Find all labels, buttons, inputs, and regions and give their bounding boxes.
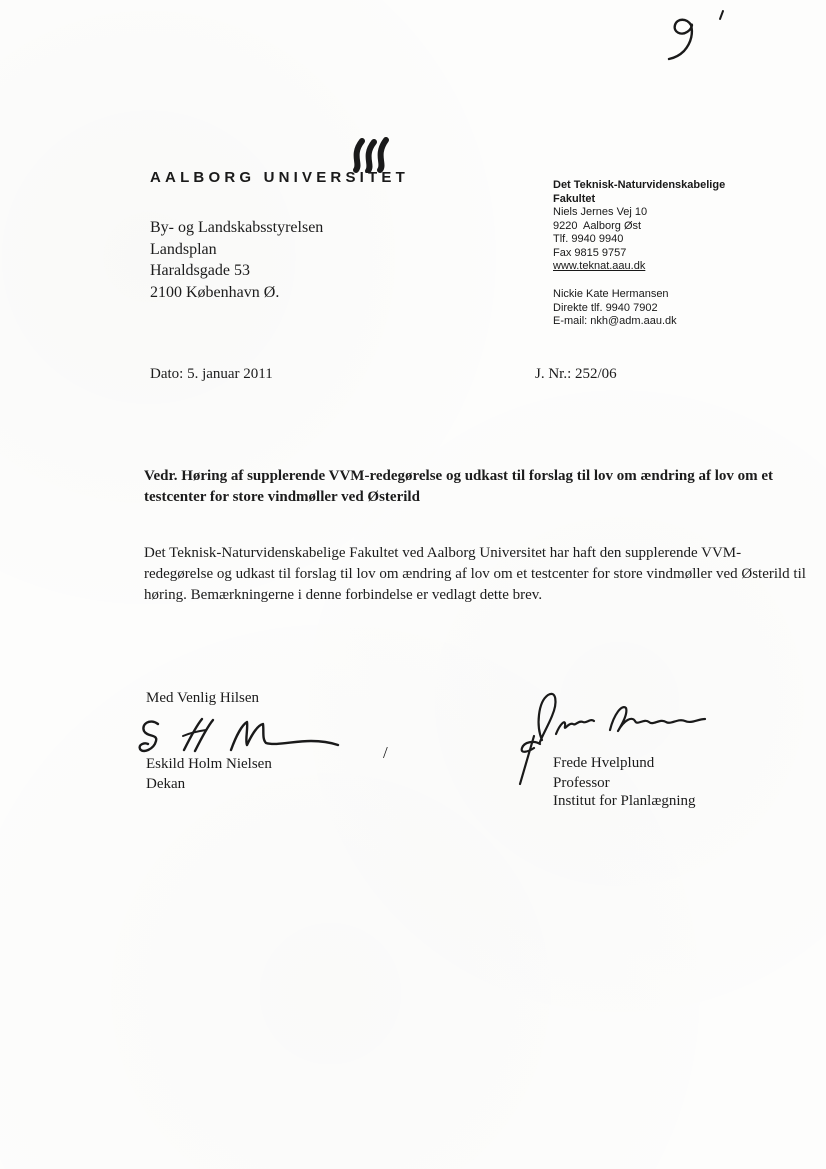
left-signer-title: Dekan bbox=[146, 774, 185, 794]
faculty-name-line2: Fakultet bbox=[553, 193, 725, 207]
faculty-letterhead-block: Det Teknisk-Naturvidenskabelige Fakultet… bbox=[553, 179, 725, 274]
date-line: Dato: 5. januar 2011 bbox=[150, 366, 273, 383]
recipient-line4: 2100 København Ø. bbox=[150, 282, 323, 304]
faculty-street: Niels Jernes Vej 10 bbox=[553, 206, 725, 220]
contact-email: E-mail: nkh@adm.aau.dk bbox=[553, 315, 677, 329]
aalborg-university-logo-icon bbox=[349, 137, 395, 173]
recipient-line2: Landsplan bbox=[150, 239, 323, 261]
right-signer-department: Institut for Planlægning bbox=[553, 791, 696, 811]
right-signer-name: Frede Hvelplund bbox=[553, 753, 654, 773]
body-paragraph: Det Teknisk-Naturvidenskabelige Fakultet… bbox=[144, 543, 808, 606]
slash-mark: / bbox=[383, 743, 388, 763]
recipient-line1: By- og Landskabsstyrelsen bbox=[150, 217, 323, 239]
faculty-fax: Fax 9815 9757 bbox=[553, 247, 725, 261]
journal-number: J. Nr.: 252/06 bbox=[535, 366, 617, 383]
contact-phone: Direkte tlf. 9940 7902 bbox=[553, 302, 677, 316]
scanned-letter-page: AALBORG UNIVERSITET Det Teknisk-Naturvid… bbox=[0, 0, 826, 1169]
recipient-address-block: By- og Landskabsstyrelsen Landsplan Hara… bbox=[150, 217, 323, 303]
contact-name: Nickie Kate Hermansen bbox=[553, 288, 677, 302]
faculty-city: 9220 Aalborg Øst bbox=[553, 220, 725, 234]
salutation: Med Venlig Hilsen bbox=[146, 690, 259, 707]
right-signer-title: Professor bbox=[553, 773, 610, 793]
faculty-name-line1: Det Teknisk-Naturvidenskabelige bbox=[553, 179, 725, 193]
contact-person-block: Nickie Kate Hermansen Direkte tlf. 9940 … bbox=[553, 288, 677, 329]
recipient-line3: Haraldsgade 53 bbox=[150, 260, 323, 282]
subject-line: Vedr. Høring af supplerende VVM-redegøre… bbox=[144, 466, 810, 508]
faculty-phone: Tlf. 9940 9940 bbox=[553, 233, 725, 247]
left-signer-name: Eskild Holm Nielsen bbox=[146, 754, 272, 774]
university-wordmark: AALBORG UNIVERSITET bbox=[150, 169, 409, 186]
faculty-website: www.teknat.aau.dk bbox=[553, 260, 725, 274]
handwritten-9-mark bbox=[660, 6, 734, 64]
